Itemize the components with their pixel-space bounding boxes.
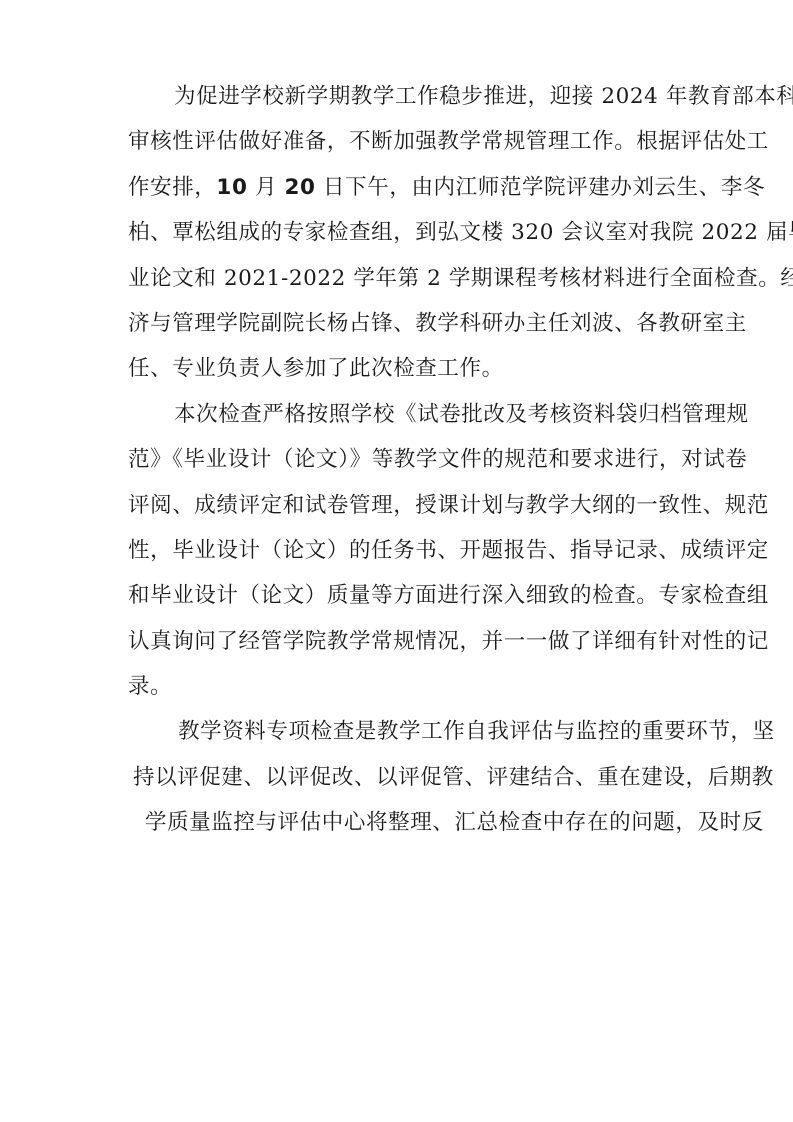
paragraph-1: 为促进学校新学期教学工作稳步推进，迎接 2024 年教育部本科 审核性评估做好准… (128, 81, 673, 399)
text-line: 认真询问了经管学院教学常规情况，并一一做了详细有针对性的记 (128, 626, 673, 671)
text-line: 教学资料专项检查是教学工作自我评估与监控的重要环节，坚 (128, 716, 673, 761)
text-span: 月 (248, 175, 285, 200)
text-span: 作安排， (128, 175, 216, 200)
document-body: 为促进学校新学期教学工作稳步推进，迎接 2024 年教育部本科 审核性评估做好准… (128, 81, 673, 853)
text-line: 和毕业设计（论文）质量等方面进行深入细致的检查。专家检查组 (128, 580, 673, 625)
text-line: 范》《毕业设计（论文）》等教学文件的规范和要求进行，对试卷 (128, 444, 673, 489)
date-month-number: 10 (216, 175, 247, 200)
text-span: 日下午，由内江师范学院评建办刘云生、李冬 (316, 175, 765, 200)
paragraph-2: 本次检查严格按照学校《试卷批改及考核资料袋归档管理规 范》《毕业设计（论文）》等… (128, 399, 673, 717)
text-line: 济与管理学院副院长杨占锋、教学科研办主任刘波、各教研室主 (128, 308, 673, 353)
text-line: 性，毕业设计（论文）的任务书、开题报告、指导记录、成绩评定 (128, 535, 673, 580)
text-line: 审核性评估做好准备，不断加强教学常规管理工作。根据评估处工 (128, 126, 673, 171)
document-page: 为促进学校新学期教学工作稳步推进，迎接 2024 年教育部本科 审核性评估做好准… (0, 0, 793, 1122)
text-line: 持以评促建、以评促改、以评促管、评建结合、重在建设，后期教 (128, 762, 673, 807)
text-line: 为促进学校新学期教学工作稳步推进，迎接 2024 年教育部本科 (128, 81, 673, 126)
text-line: 录。 (128, 671, 673, 716)
text-line: 业论文和 2021-2022 学年第 2 学期课程考核材料进行全面检查。经 (128, 263, 673, 308)
text-line: 学质量监控与评估中心将整理、汇总检查中存在的问题，及时反 (128, 807, 673, 852)
date-day-number: 20 (285, 175, 316, 200)
text-line: 本次检查严格按照学校《试卷批改及考核资料袋归档管理规 (128, 399, 673, 444)
text-line: 作安排，10 月 20 日下午，由内江师范学院评建办刘云生、李冬 (128, 172, 673, 217)
text-line: 任、专业负责人参加了此次检查工作。 (128, 353, 673, 398)
paragraph-3: 教学资料专项检查是教学工作自我评估与监控的重要环节，坚 持以评促建、以评促改、以… (128, 716, 673, 852)
text-line: 评阅、成绩评定和试卷管理，授课计划与教学大纲的一致性、规范 (128, 490, 673, 535)
text-line: 柏、覃松组成的专家检查组，到弘文楼 320 会议室对我院 2022 届毕 (128, 217, 673, 262)
